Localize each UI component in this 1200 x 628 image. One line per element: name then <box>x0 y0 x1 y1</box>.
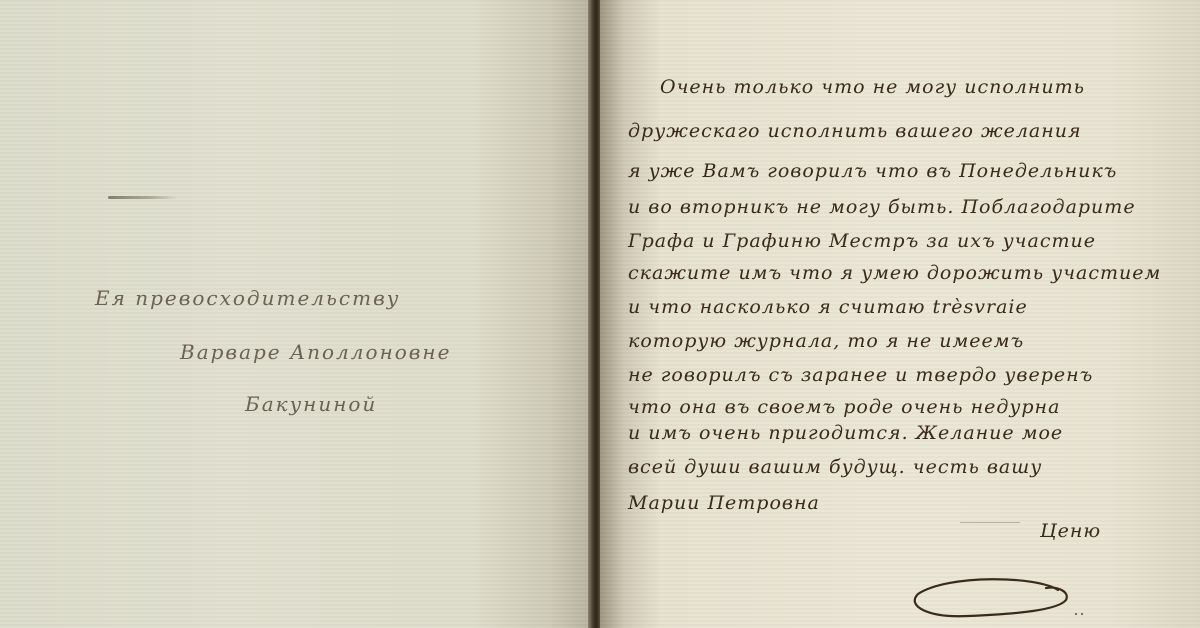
pen-stroke-mark <box>108 196 178 199</box>
letter-line-8: которую журнала, то я не имеемъ <box>628 330 1024 352</box>
letter-line-12: всей души вашим будущ. честь вашу <box>628 456 1042 478</box>
open-manuscript-book: Ея превосходительству Варваре Аполлоновн… <box>0 0 1200 628</box>
letter-line-11: и имъ очень пригодится. Желание мое <box>628 422 1063 444</box>
dedication-line-3: Бакуниной <box>245 392 377 416</box>
letter-line-9: не говорилъ съ заранее и твердо уверенъ <box>628 364 1093 386</box>
signature-flourish-icon <box>908 572 1088 620</box>
letter-line-1: Очень только что не могу исполнить <box>660 76 1085 98</box>
letter-line-2: дружескаго исполнить вашего желания <box>628 120 1082 142</box>
letter-line-6: скажите имъ что я умею дорожить участием <box>628 262 1161 284</box>
dedication-line-1: Ея превосходительству <box>95 286 400 310</box>
letter-closing: Ценю <box>1040 520 1101 542</box>
left-page <box>0 0 590 628</box>
letter-line-4: и во вторникъ не могу быть. Поблагодарит… <box>628 196 1136 218</box>
dedication-line-2: Варваре Аполлоновне <box>180 340 451 364</box>
letter-line-10: что она въ своемъ роде очень недурна <box>628 396 1060 418</box>
closing-dash <box>960 522 1020 523</box>
letter-line-13: Марии Петровна <box>628 492 820 514</box>
letter-line-3: я уже Вамъ говорилъ что въ Понедельникъ <box>628 160 1117 182</box>
letter-line-5: Графа и Графиню Местръ за ихъ участие <box>628 230 1096 252</box>
letter-line-7: и что насколько я считаю trèsvraie <box>628 296 1028 318</box>
